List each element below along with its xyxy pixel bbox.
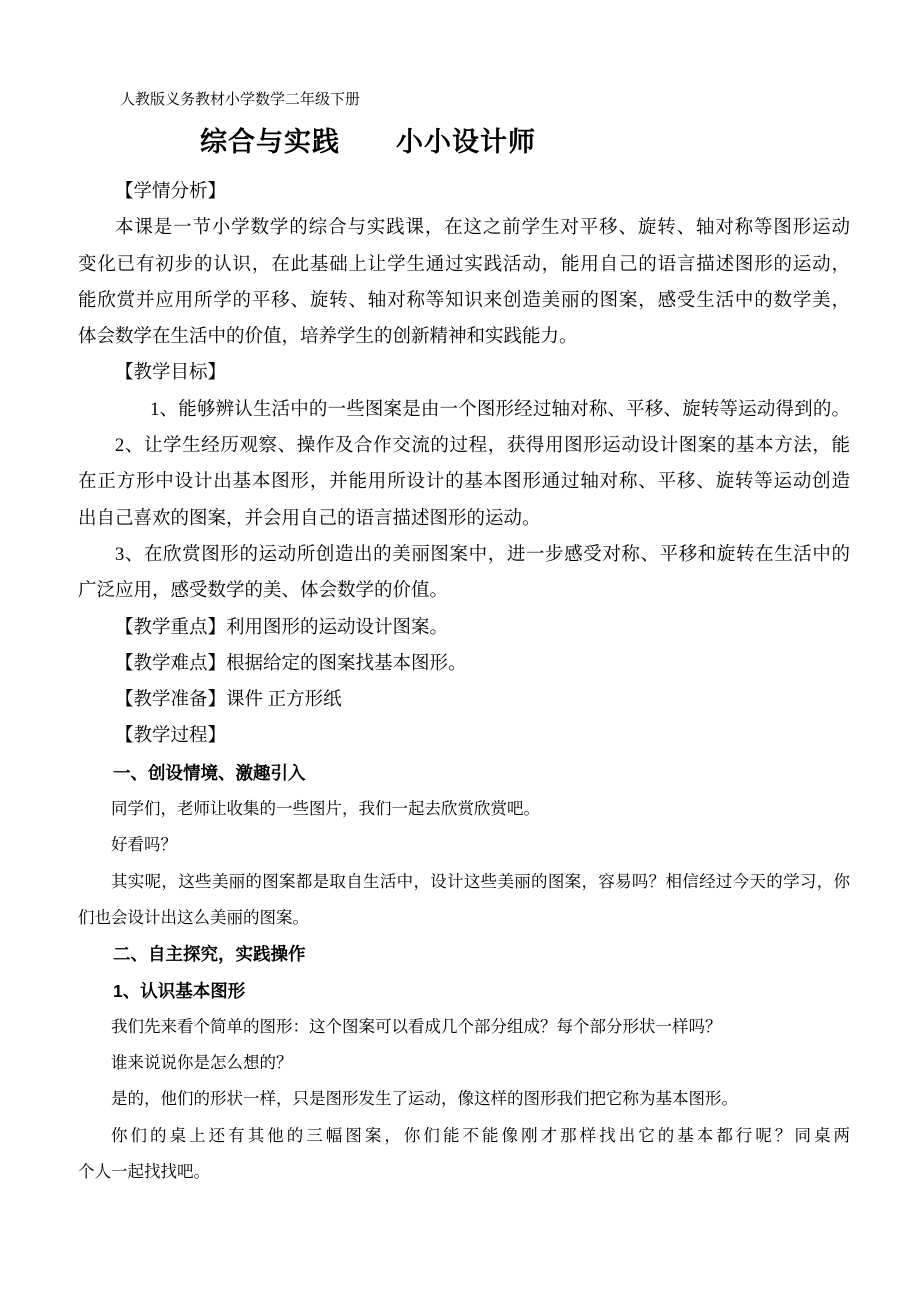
text-line: 你们的桌上还有其他的三幅图案，你们能不能像刚才那样找出它的基本都行呢？同桌两 (78, 1118, 850, 1154)
text-line: 二、自主探究，实践操作 (78, 936, 850, 972)
text-line: 变化已有初步的认识，在此基础上让学生通过实践活动，能用自己的语言描述图形的运动， (78, 247, 850, 283)
document-body: 【学情分析】本课是一节小学数学的综合与实践课，在这之前学生对平移、旋转、轴对称等… (78, 174, 850, 1190)
text-line: 本课是一节小学数学的综合与实践课，在这之前学生对平移、旋转、轴对称等图形运动 (78, 210, 850, 246)
document-page: 人教版义务教材小学数学二年级下册 综合与实践 小小设计师 【学情分析】本课是一节… (0, 0, 920, 1302)
text-line: 广泛应用，感受数学的美、体会数学的价值。 (78, 573, 850, 609)
text-line: 【教学重点】利用图形的运动设计图案。 (78, 610, 850, 646)
text-line: 1、能够辨认生活中的一些图案是由一个图形经过轴对称、平移、旋转等运动得到的。 (78, 392, 850, 428)
text-line: 2、让学生经历观察、操作及合作交流的过程，获得用图形运动设计图案的基本方法，能 (78, 428, 850, 464)
text-line: 一、创设情境、激趣引入 (78, 755, 850, 791)
text-line: 们也会设计出这么美丽的图案。 (78, 900, 850, 936)
text-line: 1、认识基本图形 (78, 973, 850, 1009)
text-line: 谁来说说你是怎么想的？ (78, 1045, 850, 1081)
text-line: 【教学难点】根据给定的图案找基本图形。 (78, 646, 850, 682)
text-line: 在正方形中设计出基本图形，并能用所设计的基本图形通过轴对称、平移、旋转等运动创造 (78, 464, 850, 500)
text-line: 同学们，老师让收集的一些图片，我们一起去欣赏欣赏吧。 (78, 791, 850, 827)
text-line: 其实呢，这些美丽的图案都是取自生活中，设计这些美丽的图案，容易吗？相信经过今天的… (78, 864, 850, 900)
text-line: 3、在欣赏图形的运动所创造出的美丽图案中，进一步感受对称、平移和旋转在生活中的 (78, 537, 850, 573)
text-line: 【教学准备】课件 正方形纸 (78, 682, 850, 718)
text-line: 【教学目标】 (78, 355, 850, 391)
text-line: 【教学过程】 (78, 718, 850, 754)
text-line: 体会数学在生活中的价值，培养学生的创新精神和实践能力。 (78, 319, 850, 355)
text-line: 我们先来看个简单的图形：这个图案可以看成几个部分组成？每个部分形状一样吗？ (78, 1009, 850, 1045)
document-header: 人教版义务教材小学数学二年级下册 (120, 90, 850, 110)
text-line: 个人一起找找吧。 (78, 1154, 850, 1190)
document-title: 综合与实践 小小设计师 (200, 120, 850, 164)
text-line: 是的，他们的形状一样，只是图形发生了运动，像这样的图形我们把它称为基本图形。 (78, 1081, 850, 1117)
text-line: 好看吗？ (78, 827, 850, 863)
text-line: 能欣赏并应用所学的平移、旋转、轴对称等知识来创造美丽的图案，感受生活中的数学美， (78, 283, 850, 319)
document-content: 人教版义务教材小学数学二年级下册 综合与实践 小小设计师 【学情分析】本课是一节… (0, 0, 920, 1190)
text-line: 【学情分析】 (78, 174, 850, 210)
text-line: 出自己喜欢的图案，并会用自己的语言描述图形的运动。 (78, 501, 850, 537)
